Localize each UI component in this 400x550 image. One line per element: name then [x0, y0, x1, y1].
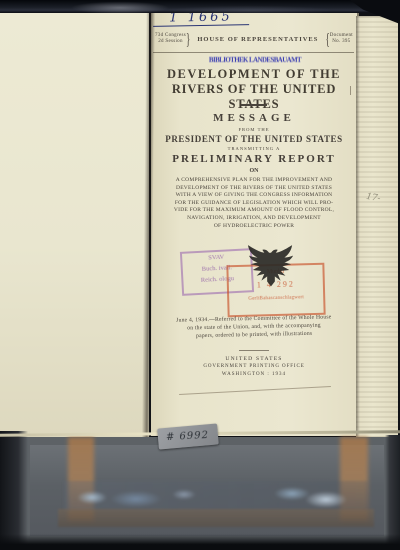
right-shadow — [385, 435, 400, 550]
brown-band — [58, 509, 374, 527]
session-label: 2d Session — [155, 39, 186, 45]
imprint-city-year: WASHINGTON : 1934 — [151, 372, 357, 377]
left-shadow — [0, 431, 28, 550]
message-heading: MESSAGE — [151, 112, 357, 124]
imprint-rule — [239, 350, 269, 351]
header-rule — [153, 52, 354, 53]
title-line-2: RIVERS OF THE UNITED STATES — [151, 82, 357, 112]
left-brace: } — [186, 30, 190, 49]
document-no: No. 395 — [330, 39, 353, 45]
imprint-united-states: UNITED STATES — [151, 356, 357, 362]
catalog-tag-number: # 6992 — [166, 430, 210, 443]
on-label: ON — [151, 168, 357, 174]
summary-line: DEVELOPMENT OF THE RIVERS OF THE UNITED … — [159, 185, 349, 193]
summary-line: NAVIGATION, IRRIGATION, AND DEVELOPMENT — [159, 215, 349, 223]
page-crease — [179, 386, 331, 395]
pencil-tick — [350, 86, 351, 95]
facing-blank-page — [0, 10, 149, 438]
transmitting-label: TRANSMITTING A — [151, 146, 357, 151]
title-line-1: DEVELOPMENT OF THE — [151, 67, 357, 82]
page-edges-block — [356, 16, 398, 438]
document-number: Document No. 395 — [330, 33, 353, 45]
title-rule — [241, 104, 267, 106]
right-brace: { — [325, 30, 329, 49]
photo-of-book: 1 1665 73d Congress 2d Session } HOUSE O… — [0, 0, 400, 550]
book-cover-backdrop: # 6992 — [0, 437, 400, 550]
mottled-band — [64, 481, 368, 511]
summary-paragraph: A COMPREHENSIVE PLAN FOR THE IMPROVEMENT… — [159, 177, 349, 230]
imprint-gpo: GOVERNMENT PRINTING OFFICE — [151, 364, 357, 369]
title-page: 1 1665 73d Congress 2d Session } HOUSE O… — [151, 12, 359, 436]
summary-line: OF HYDROELECTRIC POWER — [159, 223, 349, 231]
chamber-label: HOUSE OF REPRESENTATIVES — [197, 36, 318, 43]
bottom-shadow — [0, 534, 400, 550]
summary-line: WITH A VIEW OF GIVING THE CONGRESS INFOR… — [159, 192, 349, 200]
preliminary-report-line: PRELIMINARY REPORT — [151, 153, 357, 165]
summary-line: A COMPREHENSIVE PLAN FOR THE IMPROVEMENT… — [159, 177, 349, 185]
from-the-label: FROM THE — [151, 127, 357, 132]
summary-line: FOR THE GUIDANCE OF LEGISLATION WHICH WI… — [159, 200, 349, 208]
document-header: 73d Congress 2d Session } HOUSE OF REPRE… — [155, 33, 353, 45]
summary-line: VIDE FOR THE MAXIMUM AMOUNT OF FLOOD CON… — [159, 207, 349, 215]
eagle-stamp-icon — [247, 242, 295, 300]
president-line: PRESIDENT OF THE UNITED STATES — [151, 134, 357, 144]
referral-note: June 4, 1934.—Referred to the Committee … — [157, 314, 351, 341]
book-top-edge — [0, 0, 400, 13]
congress-session: 73d Congress 2d Session — [155, 33, 186, 45]
library-stamp-blue: BIBLIOTHEK LANDESBAUAMT — [202, 55, 309, 64]
